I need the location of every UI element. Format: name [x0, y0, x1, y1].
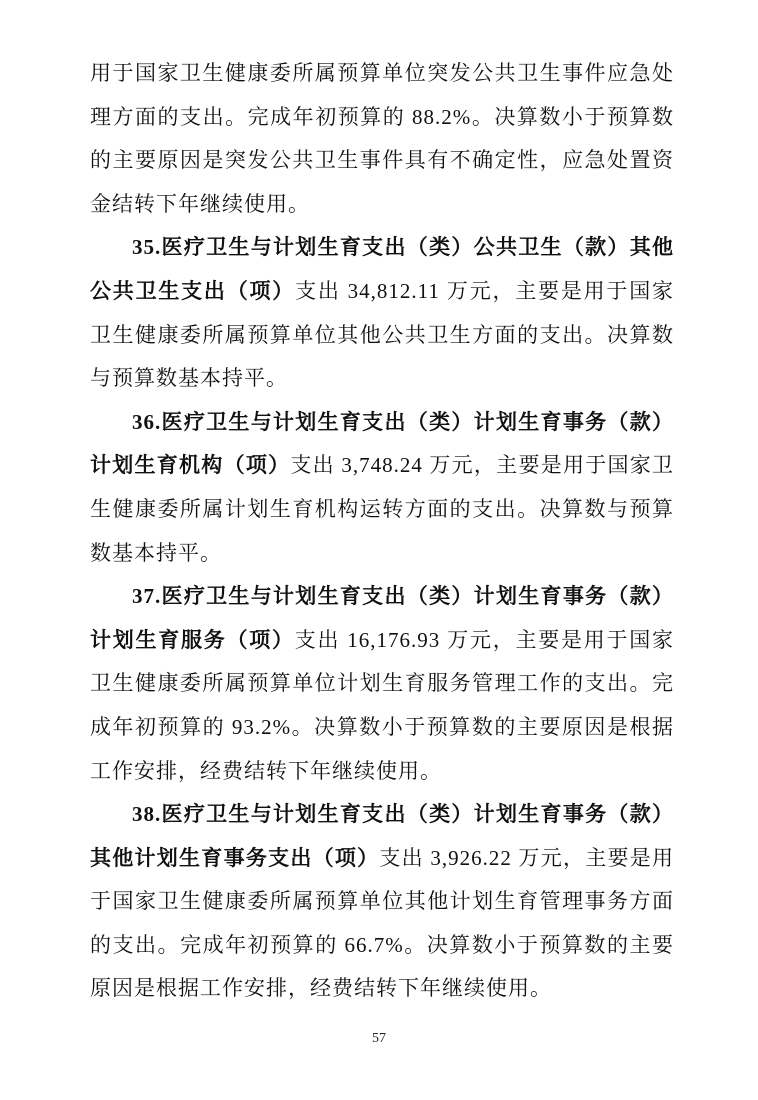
paragraph-item-38: 38.医疗卫生与计划生育支出（类）计划生育事务（款）其他计划生育事务支出（项）支… [90, 793, 674, 1011]
page-number: 57 [0, 1031, 758, 1047]
paragraph-text: 用于国家卫生健康委所属预算单位突发公共卫生事件应急处理方面的支出。完成年初预算的… [90, 61, 674, 216]
document-content: 用于国家卫生健康委所属预算单位突发公共卫生事件应急处理方面的支出。完成年初预算的… [90, 52, 674, 1011]
paragraph-item-36: 36.医疗卫生与计划生育支出（类）计划生育事务（款）计划生育机构（项）支出 3,… [90, 401, 674, 575]
paragraph-continuation: 用于国家卫生健康委所属预算单位突发公共卫生事件应急处理方面的支出。完成年初预算的… [90, 52, 674, 226]
document-page: 用于国家卫生健康委所属预算单位突发公共卫生事件应急处理方面的支出。完成年初预算的… [0, 0, 758, 1100]
paragraph-item-35: 35.医疗卫生与计划生育支出（类）公共卫生（款）其他公共卫生支出（项）支出 34… [90, 226, 674, 400]
paragraph-item-37: 37.医疗卫生与计划生育支出（类）计划生育事务（款）计划生育服务（项）支出 16… [90, 575, 674, 793]
